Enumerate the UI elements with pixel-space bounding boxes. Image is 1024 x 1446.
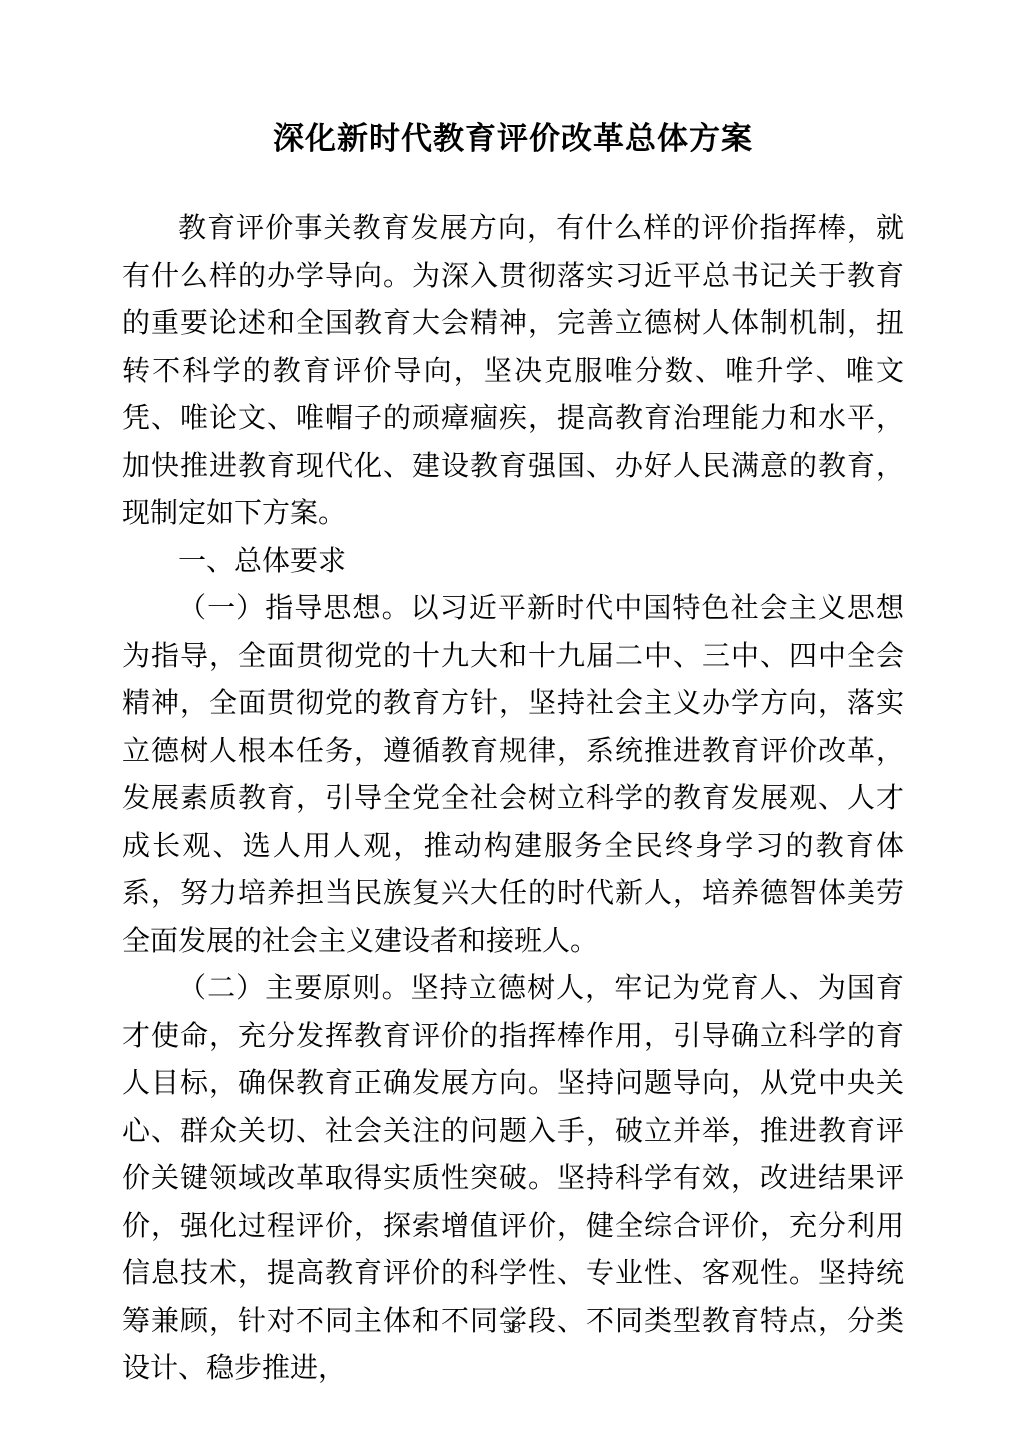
page-number: 38	[0, 1317, 1024, 1338]
paragraph-guiding-ideology: （一）指导思想。以习近平新时代中国特色社会主义思想为指导，全面贯彻党的十九大和十…	[122, 584, 904, 964]
section-heading-overall-requirements: 一、总体要求	[122, 537, 904, 585]
paragraph-intro: 教育评价事关教育发展方向，有什么样的评价指挥棒，就有什么样的办学导向。为深入贯彻…	[122, 204, 904, 537]
document-page: 深化新时代教育评价改革总体方案 教育评价事关教育发展方向，有什么样的评价指挥棒，…	[0, 0, 1024, 1446]
document-title: 深化新时代教育评价改革总体方案	[122, 118, 904, 160]
